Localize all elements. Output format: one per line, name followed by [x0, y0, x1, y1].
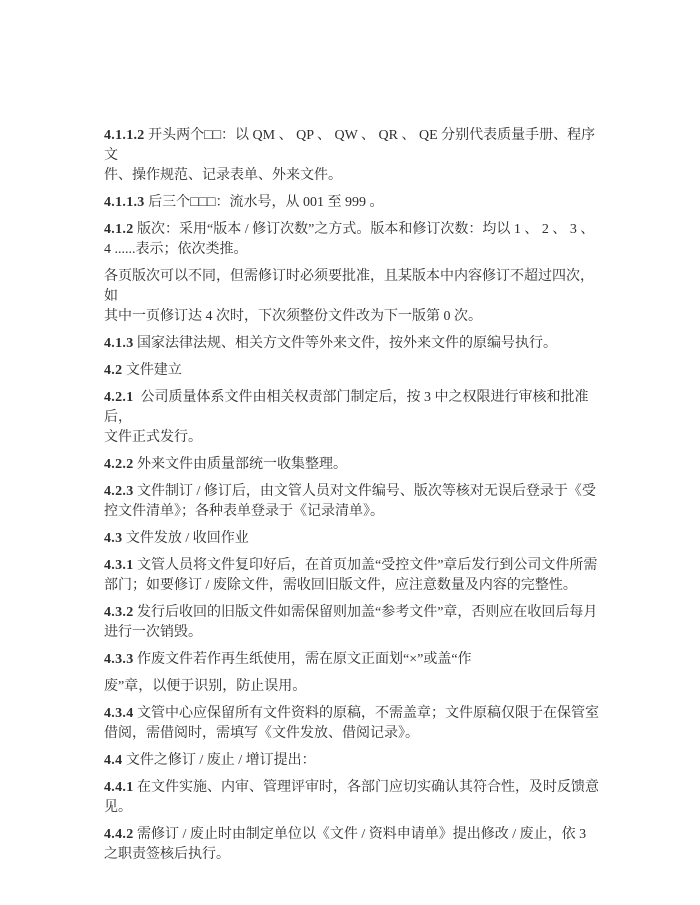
- section-number: 4.3.1: [104, 558, 134, 573]
- paragraph-432: 4.3.2 发行后收回的旧版文件如需保留则加盖“参考文件”章，否则应在收回后每月…: [104, 603, 601, 643]
- paragraph-442: 4.4.2 需修订 / 废止时由制定单位以《文件 / 资料申请单》提出修改 / …: [104, 825, 601, 865]
- section-number: 4.2.3: [104, 484, 134, 499]
- section-number: 4.3.2: [104, 605, 134, 620]
- paragraph-434: 4.3.4 文管中心应保留所有文件资料的原稿，不需盖章；文件原稿仅限于在保管室 …: [104, 704, 601, 744]
- paragraph-version-note: 各页版次可以不同，但需修订时必须要批准，且某版本中内容修订不超过四次，如 其中一…: [104, 267, 601, 327]
- paragraph-421: 4.2.1 公司质量体系文件由相关权责部门制定后，按 3 中之权限进行审核和批准…: [104, 388, 601, 448]
- paragraph-441: 4.4.1 在文件实施、内审、管理评审时，各部门应切实确认其符合性，及时反馈意 …: [104, 778, 601, 818]
- paragraph-423: 4.2.3 文件制订 / 修订后，由文管人员对文件编号、版次等核对无误后登录于《…: [104, 482, 601, 522]
- document-page: 4.1.1.2 开头两个□□：以 QM 、 QP 、 QW 、 QR 、 QE …: [0, 0, 700, 905]
- section-number: 4.1.1.3: [104, 195, 145, 210]
- section-number: 4.4: [104, 753, 122, 768]
- paragraph-412: 4.1.2 版次：采用“版本 / 修订次数”之方式。版本和修订次数：均以 1 、…: [104, 220, 601, 260]
- paragraph-text: 国家法律法规、相关方文件等外来文件，按外来文件的原编号执行。: [134, 336, 558, 351]
- paragraph-433-continued: 废”章，以便于识别，防止误用。: [104, 677, 601, 697]
- paragraph-text: 后三个□□□：流水号，从 001 至 999 。: [145, 195, 384, 210]
- paragraph-413: 4.1.3 国家法律法规、相关方文件等外来文件，按外来文件的原编号执行。: [104, 334, 601, 354]
- paragraph-42-heading: 4.2 文件建立: [104, 361, 601, 381]
- paragraph-text: 发行后收回的旧版文件如需保留则加盖“参考文件”章，否则应在收回后每月 进行一次销…: [104, 605, 597, 640]
- section-number: 4.2.1: [104, 390, 134, 405]
- paragraph-text: 外来文件由质量部统一收集整理。: [134, 457, 348, 472]
- paragraph-text: 需修订 / 废止时由制定单位以《文件 / 资料申请单》提出修改 / 废止，依 3…: [104, 827, 586, 862]
- paragraph-422: 4.2.2 外来文件由质量部统一收集整理。: [104, 455, 601, 475]
- section-number: 4.3.3: [104, 652, 134, 667]
- section-number: 4.1.2: [104, 222, 134, 237]
- section-number: 4.4.2: [104, 827, 134, 842]
- paragraph-text: 文件建立: [122, 363, 182, 378]
- paragraph-44-heading: 4.4 文件之修订 / 废止 / 增订提出：: [104, 751, 601, 771]
- section-number: 4.1.1.2: [104, 128, 145, 143]
- paragraph-text: 版次：采用“版本 / 修订次数”之方式。版本和修订次数：均以 1 、 2 、 3…: [104, 222, 594, 257]
- paragraph-text: 文管中心应保留所有文件资料的原稿，不需盖章；文件原稿仅限于在保管室 借阅，需借阅…: [104, 706, 599, 741]
- paragraph-text: 开头两个□□：以 QM 、 QP 、 QW 、 QR 、 QE 分别代表质量手册…: [104, 128, 595, 183]
- paragraph-text: 在文件实施、内审、管理评审时，各部门应切实确认其符合性，及时反馈意 见。: [104, 780, 599, 815]
- paragraph-text: 公司质量体系文件由相关权责部门制定后，按 3 中之权限进行审核和批准后， 文件正…: [104, 390, 589, 445]
- paragraph-text: 各页版次可以不同，但需修订时必须要批准，且某版本中内容修订不超过四次，如 其中一…: [104, 269, 594, 324]
- section-number: 4.1.3: [104, 336, 134, 351]
- section-number: 4.4.1: [104, 780, 134, 795]
- paragraph-text: 文件制订 / 修订后，由文管人员对文件编号、版次等核对无误后登录于《受 控文件清…: [104, 484, 596, 519]
- document-body: 4.1.1.2 开头两个□□：以 QM 、 QP 、 QW 、 QR 、 QE …: [104, 126, 601, 872]
- paragraph-43-heading: 4.3 文件发放 / 收回作业: [104, 529, 601, 549]
- paragraph-431: 4.3.1 文管人员将文件复印好后，在首页加盖“受控文件”章后发行到公司文件所需…: [104, 556, 601, 596]
- section-number: 4.2: [104, 363, 122, 378]
- paragraph-text: 文件发放 / 收回作业: [122, 531, 248, 546]
- paragraph-4113: 4.1.1.3 后三个□□□：流水号，从 001 至 999 。: [104, 193, 601, 213]
- paragraph-4112: 4.1.1.2 开头两个□□：以 QM 、 QP 、 QW 、 QR 、 QE …: [104, 126, 601, 186]
- paragraph-text: 文件之修订 / 废止 / 增订提出：: [122, 753, 315, 768]
- paragraph-text: 废”章，以便于识别，防止误用。: [104, 679, 306, 694]
- paragraph-text: 文管人员将文件复印好后，在首页加盖“受控文件”章后发行到公司文件所需 部门；如要…: [104, 558, 597, 593]
- paragraph-433: 4.3.3 作废文件若作再生纸使用，需在原文正面划“×”或盖“作: [104, 650, 601, 670]
- paragraph-text: 作废文件若作再生纸使用，需在原文正面划“×”或盖“作: [134, 652, 472, 667]
- section-number: 4.2.2: [104, 457, 134, 472]
- section-number: 4.3.4: [104, 706, 134, 721]
- section-number: 4.3: [104, 531, 122, 546]
